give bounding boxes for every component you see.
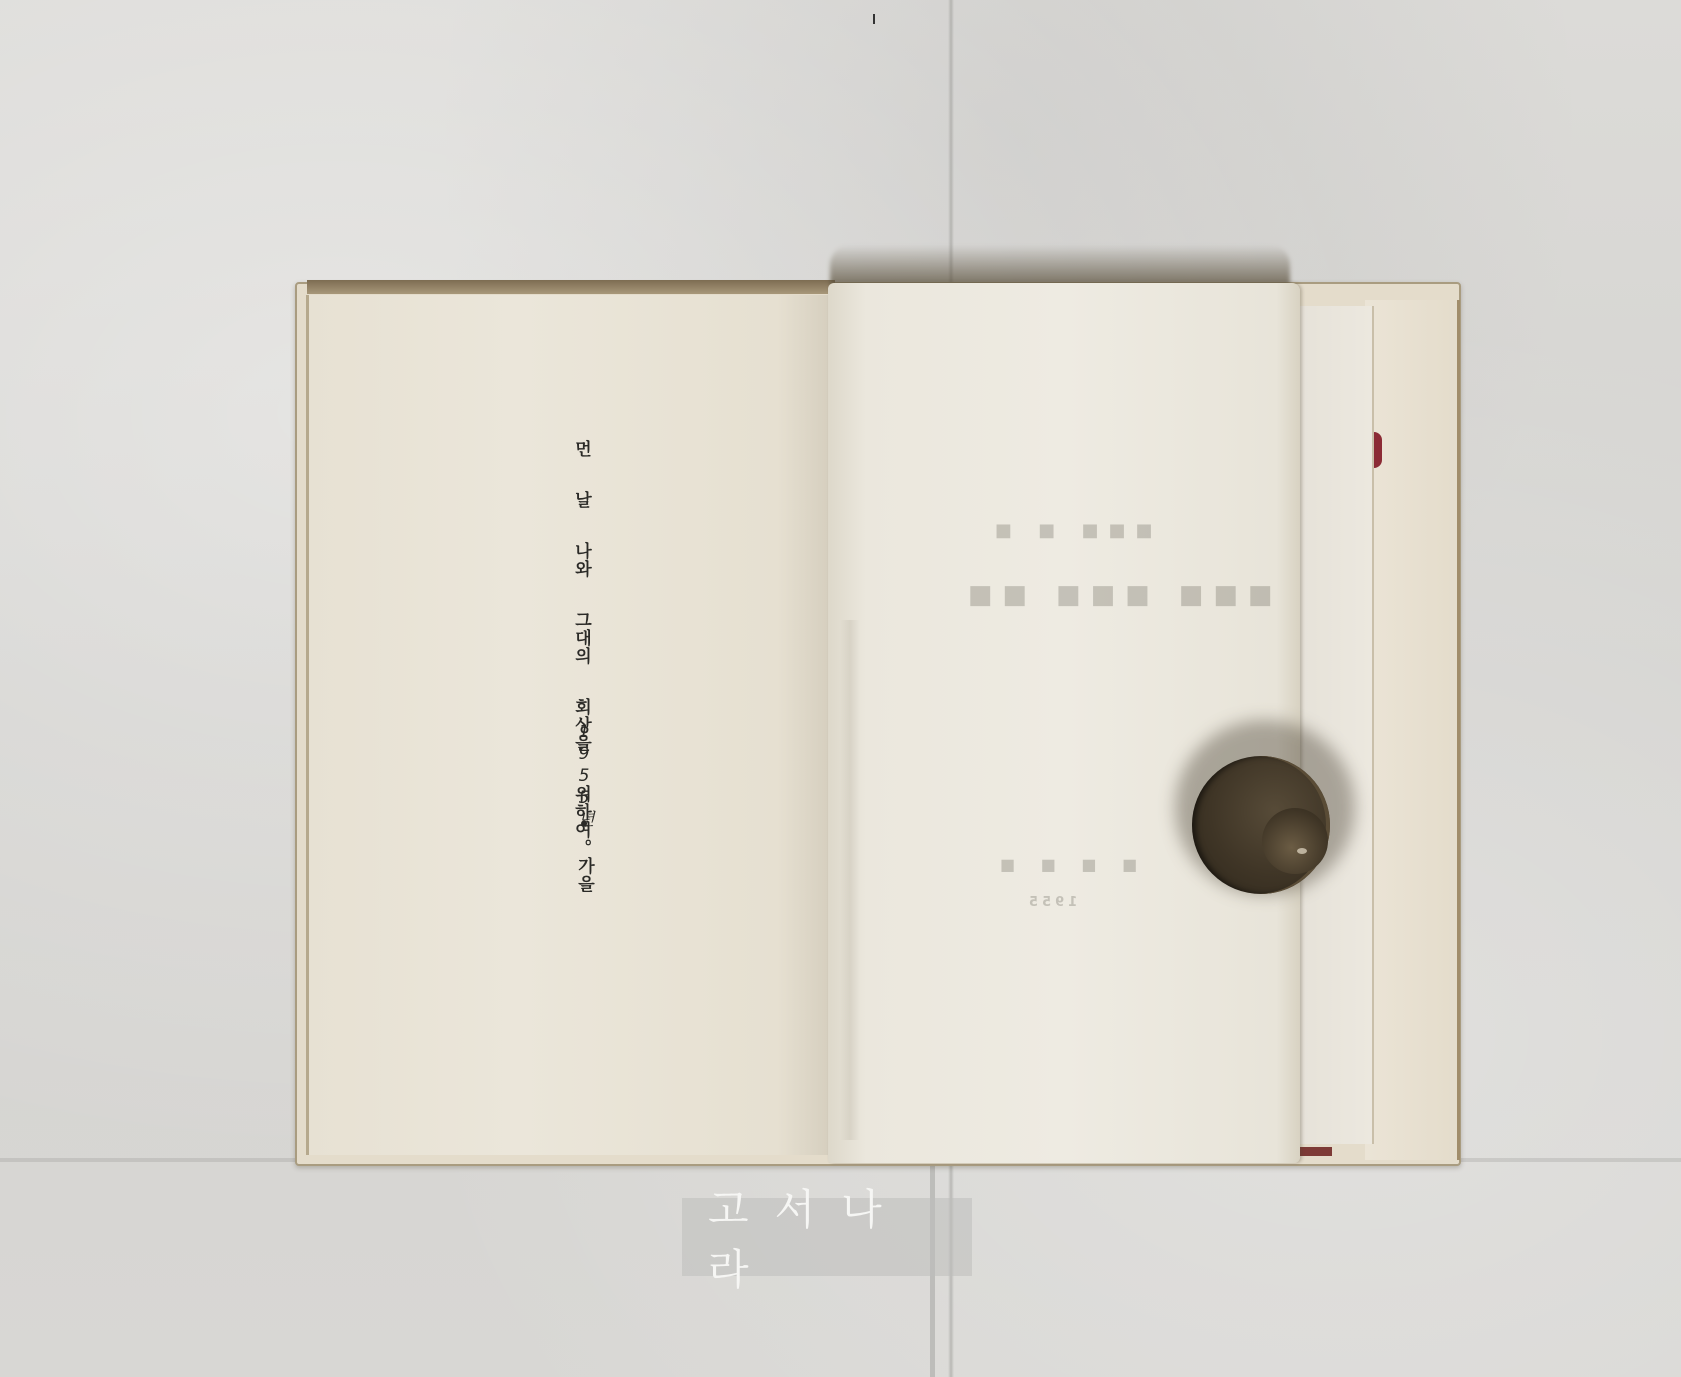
watermark-text: 고서나라 [682,1177,972,1297]
book-back-cover-edge [1365,300,1460,1160]
season-word: 가을 [574,857,594,893]
bleed-through-title-line2: ■■■ ■■■ ■■ [958,580,1273,610]
dedication-season: • 가을 [572,815,597,893]
word: 나와 [571,542,591,578]
weight-highlight [1297,848,1307,854]
word: 날 [571,491,591,509]
red-stain [1296,1147,1332,1156]
underlying-page [1300,306,1374,1144]
separator: • [574,815,594,836]
bleed-through-title-line1: ■■■ ■ ■ [985,520,1153,541]
floor-speck [873,14,875,24]
bleed-through-year: 1955 [1025,895,1077,910]
word: 그대의 [571,611,591,665]
dedication-date: 1955년 [572,722,597,829]
bleed-through-publisher: ■ ■ ■ ■ [990,855,1137,874]
weight-knob [1262,808,1328,874]
word: 먼 [571,440,591,458]
page-shadow [830,245,1290,285]
right-page-tissue [828,283,1300,1163]
page-crease [840,620,860,1140]
page-block-edge [307,280,835,294]
watermark: 고서나라 [682,1198,972,1276]
left-page [306,295,829,1155]
